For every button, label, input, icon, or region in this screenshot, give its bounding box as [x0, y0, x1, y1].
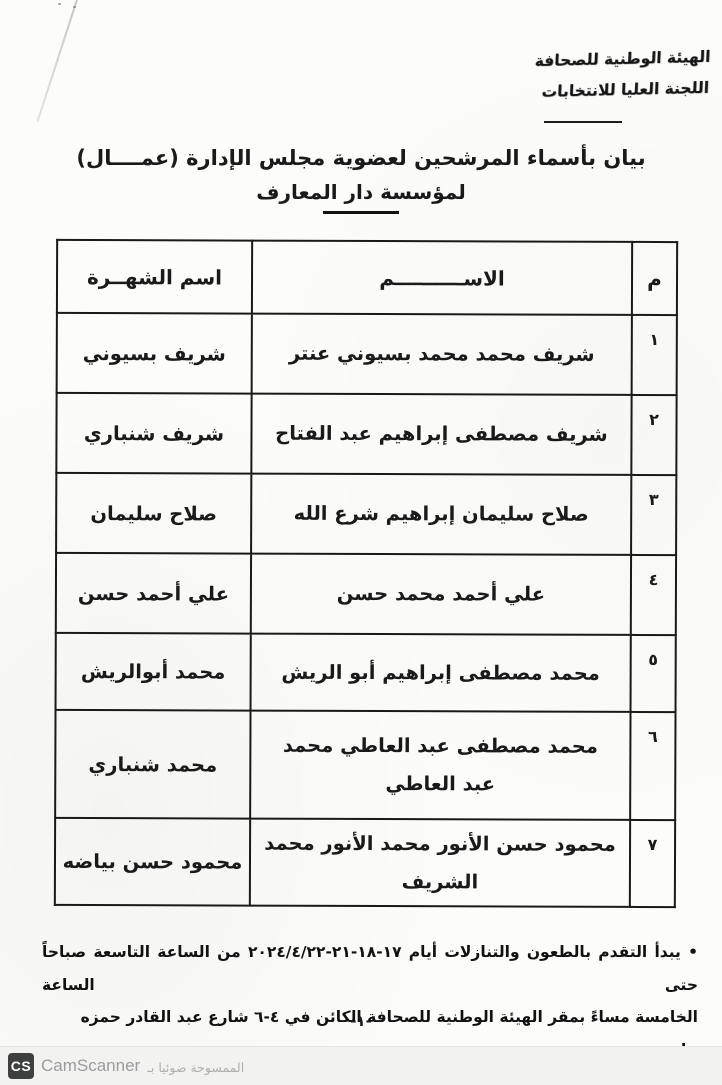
page-number: -١-	[0, 1012, 722, 1030]
handwritten-line-press-authority: الهيئة الوطنية للصحافة	[534, 42, 711, 77]
camscanner-logo-icon: CS	[8, 1053, 34, 1079]
candidate-alias: صلاح سليمان	[56, 473, 251, 554]
header-number: م	[632, 242, 677, 315]
candidate-alias: شريف بسيوني	[57, 313, 252, 394]
scan-speck	[58, 3, 61, 5]
table-row: ٧ محمود حسن الأنور محمد الأنور محمد الشر…	[55, 818, 675, 907]
document-title: بيان بأسماء المرشحين لعضوية مجلس الإدارة…	[0, 146, 722, 214]
candidate-alias: محمد شنباري	[55, 710, 250, 819]
candidate-name: شريف مصطفى إبراهيم عبد الفتاح	[251, 394, 631, 475]
handwritten-line-elections-committee: اللجنة العليا للانتخابات	[533, 73, 710, 108]
camscanner-wordmark: CamScanner	[41, 1056, 140, 1076]
candidate-name: محمود حسن الأنور محمد الأنور محمد الشريف	[250, 819, 630, 907]
scanned-with-label: الممسوحة ضوئيا بـ	[147, 1058, 244, 1075]
candidate-alias: محمود حسن بياضه	[55, 818, 250, 906]
candidate-alias: علي أحمد حسن	[56, 553, 251, 634]
title-line-2: لمؤسسة دار المعارف	[0, 180, 722, 204]
row-number: ٢	[631, 395, 676, 475]
table-row: ٤ علي أحمد محمد حسن علي أحمد حسن	[56, 553, 676, 635]
candidate-alias: محمد أبوالريش	[56, 633, 251, 711]
candidate-name: علي أحمد محمد حسن	[251, 554, 631, 635]
table-row: ٥ محمد مصطفى إبراهيم أبو الريش محمد أبوا…	[56, 633, 676, 712]
row-number: ٧	[630, 820, 675, 907]
scan-scratch-mark	[37, 0, 78, 122]
candidates-table: م الاســــــــــم اسم الشهــرة ١ شريف مح…	[54, 239, 678, 908]
appeals-note-line-1: • يبدأ التقدم بالطعون والتنازلات أيام ١٧…	[42, 936, 698, 1001]
candidate-name: شريف محمد محمد بسيوني عنتر	[252, 314, 632, 395]
stamp-underline	[544, 121, 622, 123]
candidate-alias: شريف شنباري	[56, 393, 251, 474]
table-row: ٢ شريف مصطفى إبراهيم عبد الفتاح شريف شنب…	[56, 393, 676, 475]
table-row: ٣ صلاح سليمان إبراهيم شرع الله صلاح سليم…	[56, 473, 676, 555]
row-number: ٣	[631, 475, 676, 555]
scanned-document-page: الهيئة الوطنية للصحافة اللجنة العليا للا…	[0, 0, 722, 1085]
header-name: الاســــــــــم	[252, 241, 632, 315]
title-line-1: بيان بأسماء المرشحين لعضوية مجلس الإدارة…	[0, 146, 722, 170]
table-row: ١ شريف محمد محمد بسيوني عنتر شريف بسيوني	[57, 313, 677, 395]
candidate-name: محمد مصطفى عبد العاطي محمد عبد العاطي	[250, 711, 630, 820]
row-number: ٥	[631, 635, 676, 712]
row-number: ٤	[631, 555, 676, 635]
table-row: ٦ محمد مصطفى عبد العاطي محمد عبد العاطي …	[55, 710, 675, 820]
table-header-row: م الاســــــــــم اسم الشهــرة	[57, 240, 677, 315]
scan-speck	[73, 6, 76, 8]
header-alias: اسم الشهــرة	[57, 240, 252, 314]
candidate-name: صلاح سليمان إبراهيم شرع الله	[251, 474, 631, 555]
handwritten-authority-note: الهيئة الوطنية للصحافة اللجنة العليا للا…	[533, 42, 711, 108]
candidate-name: محمد مصطفى إبراهيم أبو الريش	[251, 634, 631, 712]
row-number: ٦	[630, 712, 675, 820]
row-number: ١	[632, 315, 677, 395]
camscanner-bar: CS CamScanner الممسوحة ضوئيا بـ	[0, 1047, 722, 1085]
title-underline	[323, 211, 399, 214]
